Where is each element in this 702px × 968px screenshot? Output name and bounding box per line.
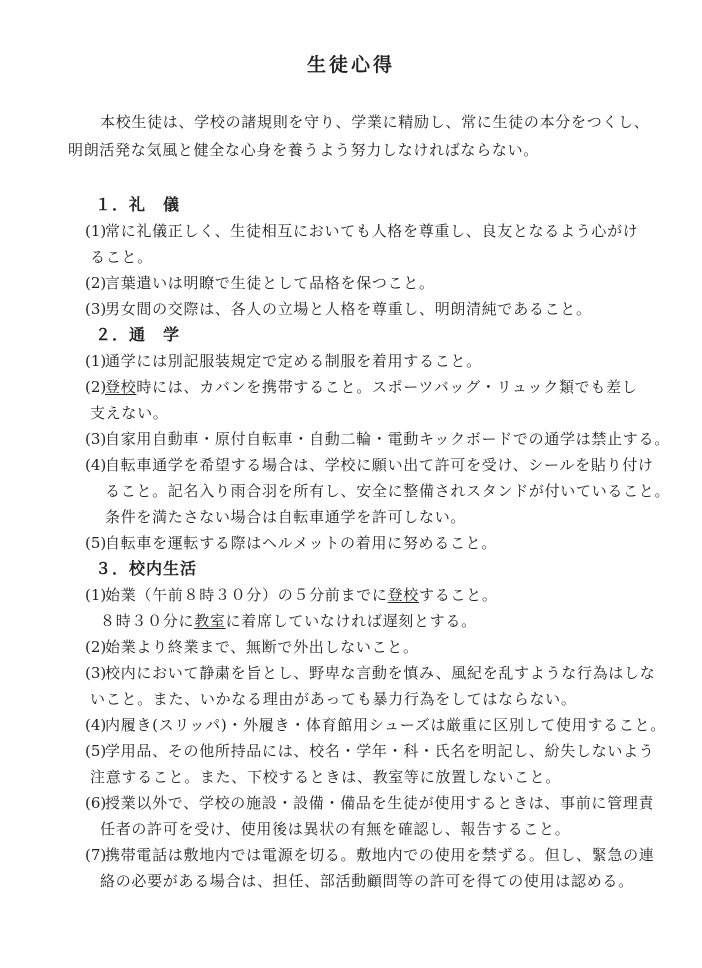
rule-item-line: (5)自転車を運転する際はヘルメットの着用に努めること。	[0, 530, 702, 556]
rule-section: ３．校内生活(1)始業（午前８時３０分）の５分前までに登校すること。８時３０分に…	[0, 556, 702, 894]
rule-item-line: (5)学用品、その他所持品には、校名・学年・科・氏名を明記し、紛失しないよう	[0, 738, 702, 764]
text-segment: 男女間の交際は、各人の立場と人格を尊重し、明朗清純であること。	[105, 300, 592, 318]
text-segment: 内履き(スリッパ)・外履き・体育館用シューズは厳重に区別して使用すること。	[105, 716, 666, 734]
item-number: (3)	[85, 426, 105, 452]
text-segment: ８時３０分に	[100, 612, 194, 630]
text-segment: 自転車通学を希望する場合は、学校に願い出て許可を受け、シールを貼り付け	[105, 456, 654, 474]
text-segment: 絡の必要がある場合は、担任、部活動顧問等の許可を得ての使用は認める。	[100, 872, 634, 890]
rules-sections: １．礼 儀(1)常に礼儀正しく、生徒相互においても人格を尊重し、良友となるよう心…	[0, 192, 702, 894]
item-number: (7)	[85, 842, 105, 868]
item-number: (4)	[85, 712, 105, 738]
rule-item-line: (1)常に礼儀正しく、生徒相互においても人格を尊重し、良友となるよう心がけ	[0, 218, 702, 244]
text-segment: 条件を満たさない場合は自転車通学を許可しない。	[105, 508, 466, 526]
rule-item-line: (3)校内において静粛を旨とし、野卑な言動を慎み、風紀を乱すような行為はしな	[0, 660, 702, 686]
rule-item-continuation: 注意すること。また、下校するときは、教室等に放置しないこと。	[0, 764, 702, 790]
rule-item-line: (7)携帯電話は敷地内では電源を切る。敷地内での使用を禁ずる。但し、緊急の連	[0, 842, 702, 868]
item-number: (2)	[85, 634, 105, 660]
section-heading: ３．校内生活	[95, 556, 702, 582]
text-segment: 支えない。	[90, 404, 169, 422]
text-segment: 携帯電話は敷地内では電源を切る。敷地内での使用を禁ずる。但し、緊急の連	[105, 846, 655, 864]
rule-section: １．礼 儀(1)常に礼儀正しく、生徒相互においても人格を尊重し、良友となるよう心…	[0, 192, 702, 322]
rule-item-continuation: ８時３０分に教室に着席していなければ遅刻とする。	[0, 608, 702, 634]
text-segment: いこと。また、いかなる理由があっても暴力行為をしてはならない。	[90, 690, 577, 708]
text-segment: 任者の許可を受け、使用後は異状の有無を確認し、報告すること。	[100, 820, 570, 838]
text-segment: 自家用自動車・原付自転車・自動二輪・電動キックボードでの通学は禁止する。	[105, 430, 670, 448]
item-number: (1)	[85, 582, 105, 608]
text-segment: 始業より終業まで、無断で外出しないこと。	[105, 638, 419, 656]
rule-item-line: (1)通学には別記服装規定で定める制服を着用すること。	[0, 348, 702, 374]
rule-item-line: (6)授業以外で、学校の施設・設備・備品を生徒が使用するときは、事前に管理責	[0, 790, 702, 816]
text-segment: 校内において静粛を旨とし、野卑な言動を慎み、風紀を乱すような行為はしな	[105, 664, 655, 682]
underlined-text: 登校	[105, 378, 136, 396]
rule-item-line: (2)始業より終業まで、無断で外出しないこと。	[0, 634, 702, 660]
text-segment: 通学には別記服装規定で定める制服を着用すること。	[105, 352, 482, 370]
text-segment: 授業以外で、学校の施設・設備・備品を生徒が使用するときは、事前に管理責	[105, 794, 654, 812]
rule-item-line: (2)言葉遣いは明瞭で生徒として品格を保つこと。	[0, 270, 702, 296]
intro-line: 本校生徒は、学校の諸規則を守り、学業に精励し、常に生徒の本分をつくし、	[68, 108, 658, 136]
rule-item-continuation: ること。	[0, 244, 702, 270]
rule-item-continuation: 条件を満たさない場合は自転車通学を許可しない。	[0, 504, 702, 530]
document-title: 生徒心得	[0, 52, 702, 78]
rule-item-line: (3)男女間の交際は、各人の立場と人格を尊重し、明朗清純であること。	[0, 296, 702, 322]
underlined-text: 教室	[194, 612, 225, 630]
rule-item-continuation: いこと。また、いかなる理由があっても暴力行為をしてはならない。	[0, 686, 702, 712]
item-number: (1)	[85, 218, 105, 244]
rule-item-line: (1)始業（午前８時３０分）の５分前までに登校すること。	[0, 582, 702, 608]
underlined-text: 登校	[388, 586, 419, 604]
text-segment: 時には、カバンを携帯すること。スポーツバッグ・リュック類でも差し	[136, 378, 637, 396]
text-segment: すること。	[419, 586, 498, 604]
item-number: (3)	[85, 660, 105, 686]
intro-line: 明朗活発な気風と健全な心身を養うよう努力しなければならない。	[68, 136, 658, 164]
text-segment: 言葉遣いは明瞭で生徒として品格を保つこと。	[105, 274, 435, 292]
section-heading: ２．通 学	[95, 322, 702, 348]
item-number: (4)	[85, 452, 105, 478]
rule-item-continuation: ること。記名入り雨合羽を所有し、安全に整備されスタンドが付いていること。	[0, 478, 702, 504]
rule-item-line: (4)内履き(スリッパ)・外履き・体育館用シューズは厳重に区別して使用すること。	[0, 712, 702, 738]
rule-item-continuation: 絡の必要がある場合は、担任、部活動顧問等の許可を得ての使用は認める。	[0, 868, 702, 894]
rule-item-continuation: 支えない。	[0, 400, 702, 426]
rule-item-line: (2)登校時には、カバンを携帯すること。スポーツバッグ・リュック類でも差し	[0, 374, 702, 400]
section-heading: １．礼 儀	[95, 192, 702, 218]
text-segment: 始業（午前８時３０分）の５分前までに	[105, 586, 388, 604]
document-page: 生徒心得 本校生徒は、学校の諸規則を守り、学業に精励し、常に生徒の本分をつくし、…	[0, 0, 702, 968]
text-segment: 注意すること。また、下校するときは、教室等に放置しないこと。	[90, 768, 561, 786]
text-segment: 自転車を運転する際はヘルメットの着用に努めること。	[105, 534, 497, 552]
rule-item-line: (4)自転車通学を希望する場合は、学校に願い出て許可を受け、シールを貼り付け	[0, 452, 702, 478]
text-segment: に着席していなければ遅刻とする。	[226, 612, 477, 630]
item-number: (5)	[85, 738, 105, 764]
item-number: (2)	[85, 270, 105, 296]
rule-item-line: (3)自家用自動車・原付自転車・自動二輪・電動キックボードでの通学は禁止する。	[0, 426, 702, 452]
item-number: (2)	[85, 374, 105, 400]
item-number: (6)	[85, 790, 105, 816]
intro-paragraph: 本校生徒は、学校の諸規則を守り、学業に精励し、常に生徒の本分をつくし、明朗活発な…	[68, 108, 658, 164]
rule-item-continuation: 任者の許可を受け、使用後は異状の有無を確認し、報告すること。	[0, 816, 702, 842]
item-number: (3)	[85, 296, 105, 322]
text-segment: 学用品、その他所持品には、校名・学年・科・氏名を明記し、紛失しないよう	[105, 742, 655, 760]
text-segment: ること。	[90, 248, 153, 266]
item-number: (1)	[85, 348, 105, 374]
text-segment: ること。記名入り雨合羽を所有し、安全に整備されスタンドが付いていること。	[105, 482, 670, 500]
item-number: (5)	[85, 530, 105, 556]
text-segment: 常に礼儀正しく、生徒相互においても人格を尊重し、良友となるよう心がけ	[105, 222, 639, 240]
rule-section: ２．通 学(1)通学には別記服装規定で定める制服を着用すること。(2)登校時には…	[0, 322, 702, 556]
